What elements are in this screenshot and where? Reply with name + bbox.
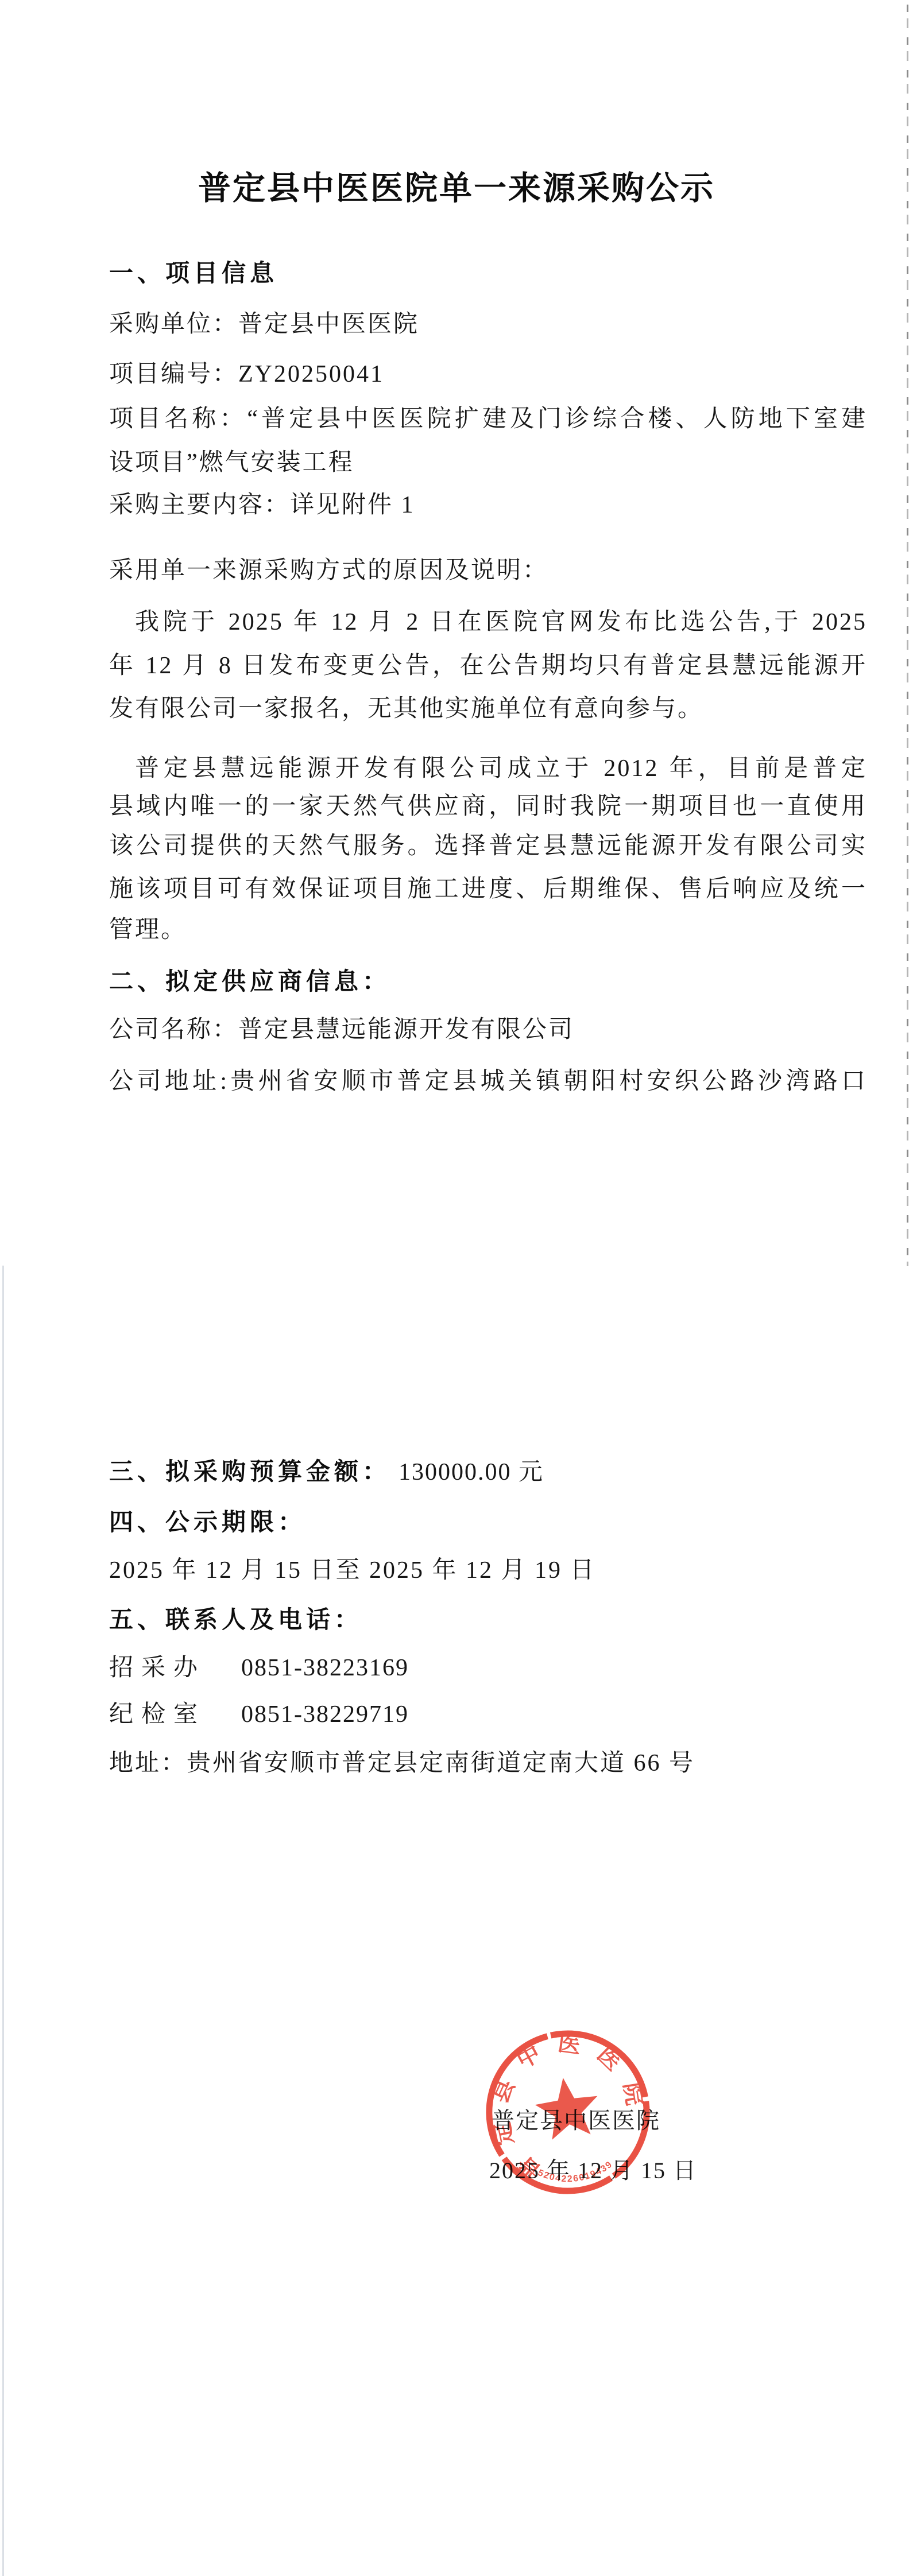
hospital-address-line: 地址：贵州省安顺市普定县定南街道定南大道 66 号 bbox=[109, 1749, 695, 1777]
budget-label: 三、拟采购预算金额： bbox=[109, 1458, 390, 1485]
section3-heading: 三、拟采购预算金额：130000.00 元 bbox=[109, 1458, 544, 1486]
reason-heading-line: 采用单一来源采购方式的原因及说明： bbox=[109, 557, 548, 584]
purchaser-line: 采购单位：普定县中医医院 bbox=[109, 311, 419, 338]
document-title: 普定县中医医院单一来源采购公示 bbox=[0, 162, 913, 209]
reason-paragraph2-line1: 普定县慧远能源开发有限公司成立于 2012 年，目前是普定 bbox=[135, 755, 867, 782]
scanner-noise-left-edge bbox=[2, 1266, 4, 2576]
publicity-period-line: 2025 年 12 月 15 日至 2025 年 12 月 19 日 bbox=[109, 1557, 596, 1584]
section4-heading: 四、公示期限： bbox=[109, 1508, 306, 1536]
reason-paragraph2-line3: 该公司提供的天然气服务。选择普定县慧远能源开发有限公司实 bbox=[109, 832, 867, 860]
supplier-address-line: 公司地址:贵州省安顺市普定县城关镇朝阳村安织公路沙湾路口 bbox=[109, 1068, 867, 1095]
official-seal: 普定县中医医院 5204226019439 bbox=[482, 2027, 653, 2198]
reason-paragraph2-line5: 管理。 bbox=[109, 916, 187, 944]
scanner-noise-right-edge bbox=[907, 5, 908, 1266]
seal-star-icon bbox=[532, 2073, 602, 2141]
contact1-phone: 0851-38223169 bbox=[241, 1654, 409, 1682]
supplier-name-line: 公司名称：普定县慧远能源开发有限公司 bbox=[109, 1016, 574, 1043]
reason-paragraph1-line3: 发有限公司一家报名，无其他实施单位有意向参与。 bbox=[109, 695, 703, 723]
scanned-document-page: 普定县中医医院单一来源采购公示 一、项目信息 采购单位：普定县中医医院 项目编号… bbox=[0, 0, 913, 2576]
contact2-label: 纪检室 bbox=[109, 1701, 206, 1728]
contact2-phone: 0851-38229719 bbox=[241, 1701, 409, 1728]
section5-heading: 五、联系人及电话： bbox=[109, 1606, 362, 1634]
section1-heading: 一、项目信息 bbox=[109, 259, 278, 287]
reason-paragraph2-line4: 施该项目可有效保证项目施工进度、后期维保、售后响应及统一 bbox=[109, 875, 867, 903]
budget-amount: 130000.00 元 bbox=[399, 1459, 544, 1485]
project-name-line-2: 设项目”燃气安装工程 bbox=[109, 449, 354, 476]
reason-paragraph1-line2: 年 12 月 8 日发布变更公告，在公告期均只有普定县慧远能源开 bbox=[109, 652, 867, 680]
reason-paragraph2-line2: 县域内唯一的一家天然气供应商，同时我院一期项目也一直使用 bbox=[109, 793, 867, 820]
section2-heading: 二、拟定供应商信息： bbox=[109, 968, 390, 995]
reason-paragraph1-line1: 我院于 2025 年 12 月 2 日在医院官网发布比选公告,于 2025 bbox=[135, 608, 867, 636]
project-number-line: 项目编号：ZY20250041 bbox=[109, 360, 384, 388]
project-name-line-1: 项目名称：“普定县中医医院扩建及门诊综合楼、人防地下室建 bbox=[109, 405, 867, 433]
contact1-label: 招采办 bbox=[109, 1654, 206, 1682]
main-content-line: 采购主要内容：详见附件 1 bbox=[109, 491, 415, 519]
